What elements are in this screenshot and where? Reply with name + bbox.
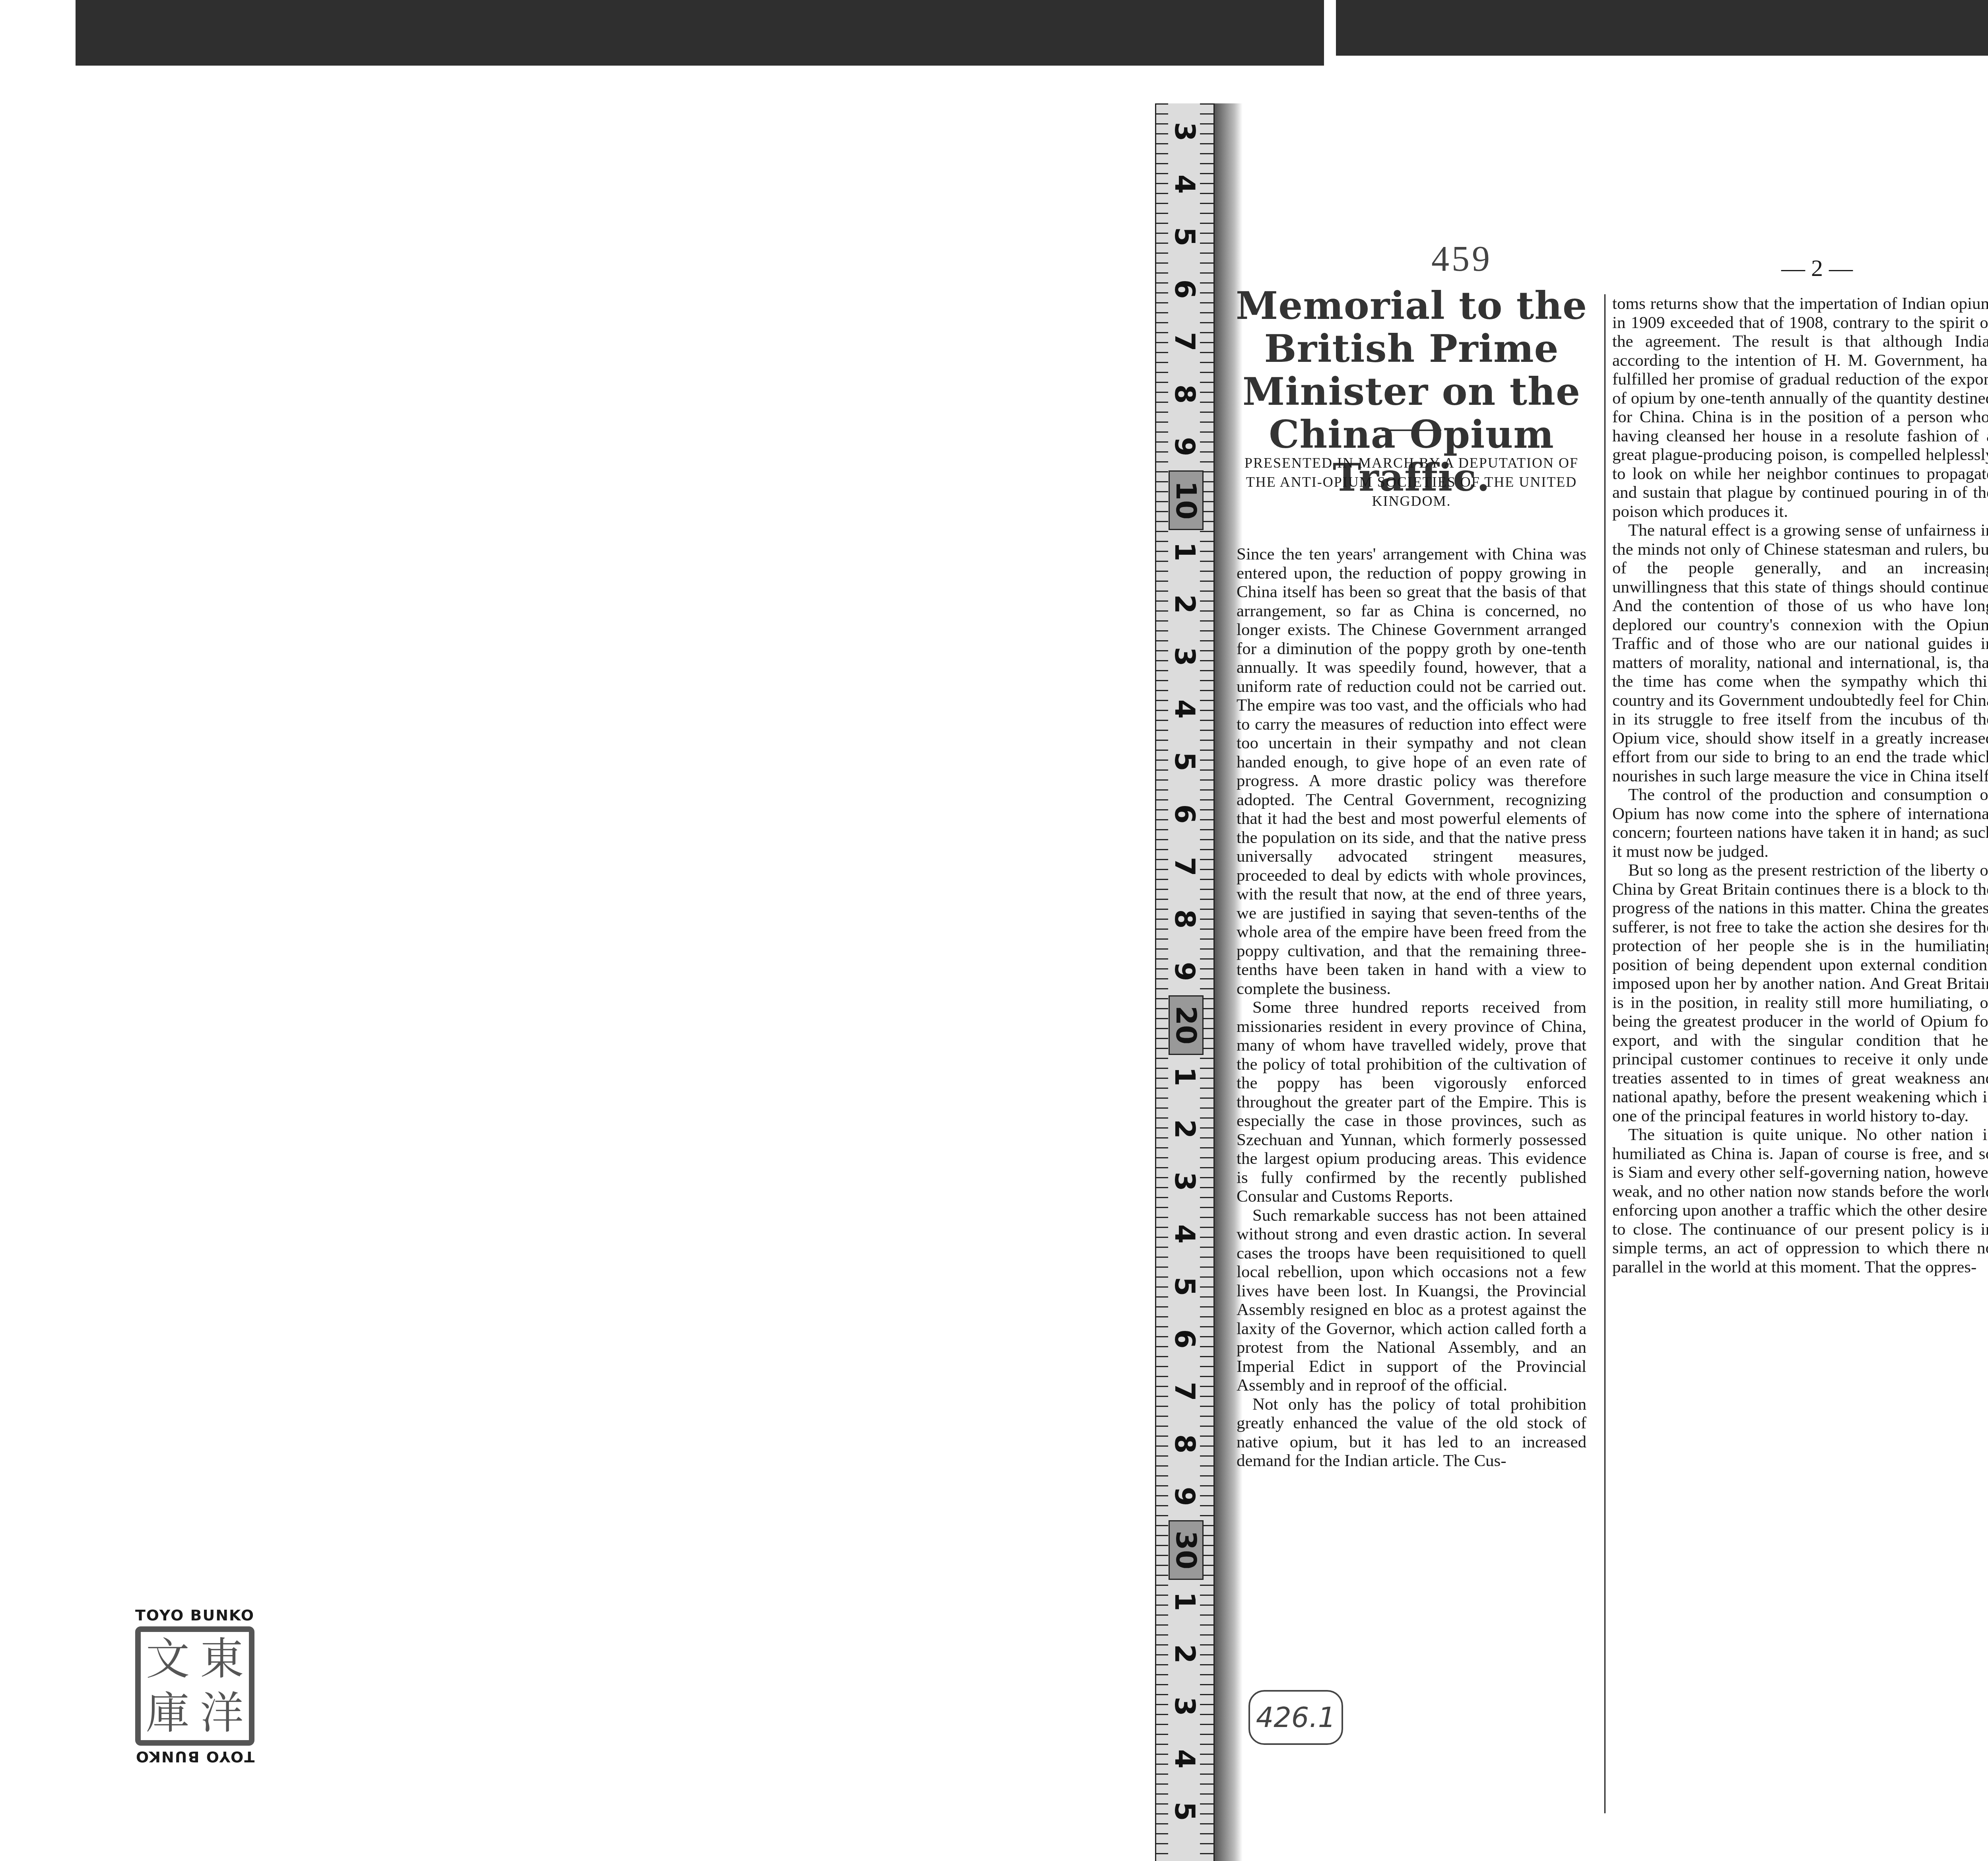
- ruler-number: 8: [1169, 365, 1201, 423]
- ruler-number: 3: [1169, 1153, 1201, 1210]
- ruler-number: 8: [1169, 890, 1201, 948]
- stamp-label-inverted: TOYO BUNKO: [127, 1748, 262, 1766]
- ruler-number: 4: [1169, 1205, 1201, 1263]
- ruler-number: 9: [1169, 1468, 1201, 1525]
- ruler-number: 5: [1169, 733, 1201, 790]
- scanner-bar-right: [1336, 0, 1988, 56]
- ruler-number: 1: [1169, 523, 1201, 580]
- ruler-number: 1: [1169, 1573, 1201, 1630]
- text-column-2: toms returns show that the impertation o…: [1612, 294, 1988, 1276]
- paragraph: Such remarkable success has not been att…: [1237, 1206, 1586, 1395]
- ruler-number: 5: [1169, 1783, 1201, 1840]
- seal-char: 文: [141, 1637, 195, 1681]
- column-divider: [1604, 294, 1606, 1813]
- ruler-number: 9: [1169, 418, 1201, 475]
- handwritten-catalog-note: 426.1: [1248, 1690, 1343, 1745]
- ruler-number: 10: [1169, 470, 1204, 530]
- title-divider: [1382, 429, 1441, 431]
- ruler-number: 3: [1169, 1678, 1201, 1735]
- text-column-1: Since the ten years' arrangement with Ch…: [1237, 545, 1586, 1471]
- ruler-number: 9: [1169, 943, 1201, 1000]
- ruler-number: 4: [1169, 680, 1201, 738]
- ruler-number: 8: [1169, 1415, 1201, 1472]
- column-header: — 2 —: [1781, 254, 1853, 282]
- stamp-label: TOYO BUNKO: [127, 1607, 262, 1624]
- paragraph: The control of the production and consum…: [1612, 785, 1988, 861]
- ruler-number: 30: [1169, 1520, 1204, 1580]
- seal-char: 洋: [195, 1691, 249, 1735]
- seal-char: 庫: [141, 1691, 195, 1735]
- paragraph: Some three hundred reports received from…: [1237, 998, 1586, 1206]
- ruler-number: 7: [1169, 1363, 1201, 1420]
- ruler-number: 7: [1169, 313, 1201, 370]
- ruler-number: 3: [1169, 103, 1201, 160]
- ruler-number: 6: [1169, 1310, 1201, 1368]
- article-subtitle: Presented in March by a Deputation of th…: [1237, 453, 1586, 511]
- ruler-number: 7: [1169, 838, 1201, 895]
- paragraph: The situation is quite unique. No other …: [1612, 1125, 1988, 1276]
- ruler-number: 2: [1169, 1625, 1201, 1682]
- ruler-number: 6: [1169, 785, 1201, 843]
- scanner-bar-left: [76, 0, 1324, 66]
- toyo-bunko-stamp-bottom: TOYO BUNKO 文 東 庫 洋 TOYO BUNKO: [127, 1607, 262, 1766]
- ruler-number: 5: [1169, 208, 1201, 265]
- ruler-number: 2: [1169, 1100, 1201, 1158]
- ruler-number: 2: [1169, 575, 1201, 633]
- blank-left-page: [76, 66, 1157, 1861]
- paragraph: The natural effect is a growing sense of…: [1612, 521, 1988, 785]
- paragraph: But so long as the present restriction o…: [1612, 861, 1988, 1125]
- stamp-seal: 文 東 庫 洋: [135, 1626, 254, 1746]
- page-number: 459: [1431, 239, 1492, 280]
- paragraph: Since the ten years' arrangement with Ch…: [1237, 545, 1586, 998]
- ruler-number: 20: [1169, 995, 1204, 1055]
- ruler-number: 5: [1169, 1258, 1201, 1315]
- measuring-ruler: 345678910123456789201234567893012345: [1155, 103, 1215, 1861]
- ruler-number: 4: [1169, 1730, 1201, 1787]
- seal-char: 東: [195, 1637, 249, 1681]
- ruler-number: 4: [1169, 155, 1201, 213]
- ruler-number: 3: [1169, 628, 1201, 685]
- paragraph: Not only has the policy of total prohibi…: [1237, 1395, 1586, 1471]
- paragraph: toms returns show that the impertation o…: [1612, 294, 1988, 521]
- ruler-number: 1: [1169, 1048, 1201, 1105]
- ruler-number: 6: [1169, 260, 1201, 318]
